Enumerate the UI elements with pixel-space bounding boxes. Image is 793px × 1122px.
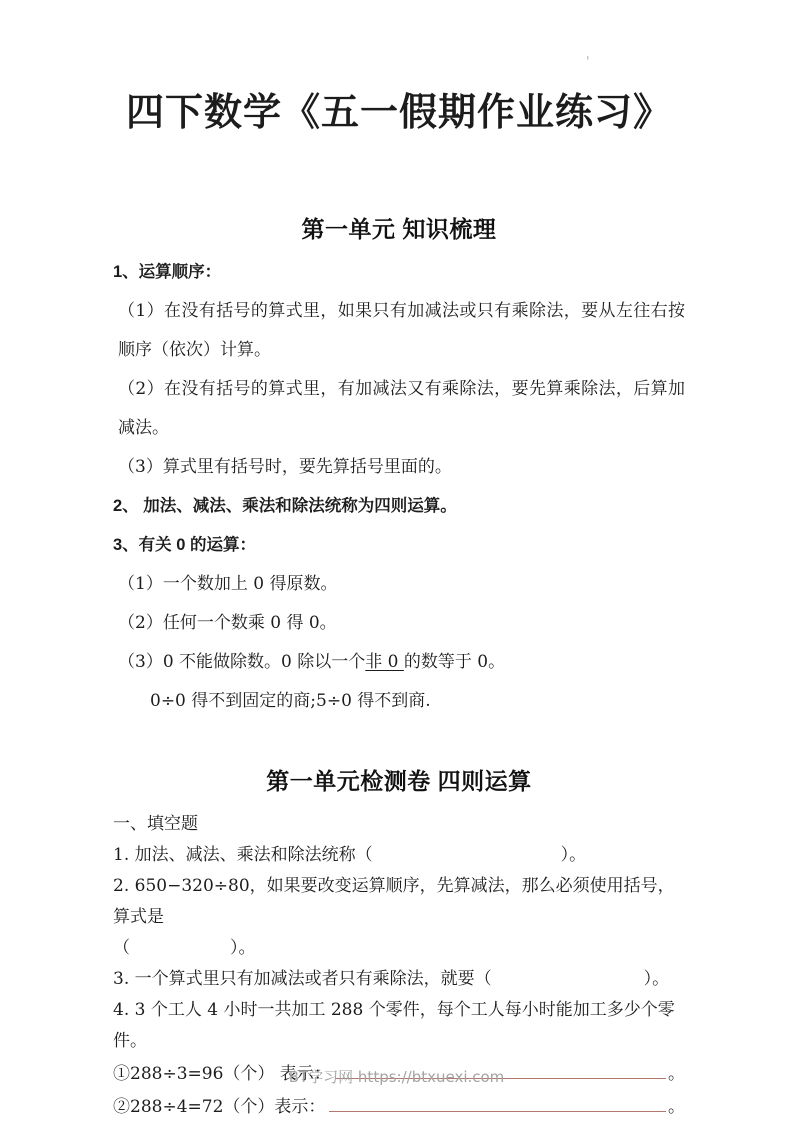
knowledge-item-3-1: （1）一个数加上 0 得原数。 [113,565,685,604]
knowledge-item-3-2: （2）任何一个数乘 0 得 0。 [113,604,685,643]
knowledge-item-3-3: （3）0 不能做除数。0 除以一个非 0 的数等于 0。 [113,643,685,682]
site-watermark: BT学习网 https://btxuexi.com [0,1066,793,1087]
knowledge-item-3: 3、有关 0 的运算： [113,526,685,565]
knowledge-item-1-1: （1）在没有括号的算式里，如果只有加减法或只有乘除法，要从左往右按顺序（依次）计… [113,292,685,370]
knowledge-item-3-note: 0÷0 得不到固定的商;5÷0 得不到商. [113,682,685,721]
fill-in-blanks-label: 一、填空题 [113,809,685,840]
test-section-heading: 第一单元检测卷 四则运算 [113,763,685,796]
question-4-sub2-answer-line [329,1090,666,1112]
question-3-text: 3. 一个算式里只有加减法或者只有乘除法，就要（ [113,969,492,989]
knowledge-item-1-2: （2）在没有括号的算式里，有加减法又有乘除法，要先算乘除法，后算加减法。 [113,370,685,448]
worksheet-page: ' 四下数学《五一假期作业练习》 第一单元 知识梳理 1、运算顺序： （1）在没… [0,0,793,1122]
question-4-sub2-label: ②288÷4=72（个）表示： [113,1092,325,1122]
item-3-3-post: 的数等于 0。 [404,652,505,672]
question-4: 4. 3 个工人 4 小时一共加工 288 个零件，每个工人每小时能加工多少个零… [113,995,685,1057]
question-1: 1. 加法、减法、乘法和除法统称（）。 [113,840,685,871]
question-3-close: ）。 [644,969,670,989]
item-3-3-underlined-term: 非 0 [365,652,404,672]
document-title: 四下数学《五一假期作业练习》 [113,86,685,137]
knowledge-item-1: 1、运算顺序： [113,253,685,292]
item-3-3-pre: （3）0 不能做除数。0 除以一个 [118,652,365,672]
question-2-line1: 2. 650−320÷80，如果要改变运算顺序，先算减法，那么必须使用括号，算式… [113,871,685,933]
knowledge-section-heading: 第一单元 知识梳理 [113,211,685,244]
question-2-close: ）。 [230,938,256,958]
knowledge-item-1-3: （3）算式里有括号时，要先算括号里面的。 [113,448,685,487]
question-2-open: （ [113,938,130,958]
stray-mark: ' [586,55,590,70]
question-3: 3. 一个算式里只有加减法或者只有乘除法，就要（）。 [113,964,685,995]
knowledge-section: 1、运算顺序： （1）在没有括号的算式里，如果只有加减法或只有乘除法，要从左往右… [113,253,685,721]
question-4-sub2: ②288÷4=72（个）表示：。 [113,1090,685,1122]
question-2-line2: （）。 [113,933,685,964]
question-1-text: 1. 加法、减法、乘法和除法统称（ [113,845,373,865]
question-1-close: ）。 [561,845,587,865]
knowledge-item-2: 2、 加法、减法、乘法和除法统称为四则运算。 [113,487,685,526]
question-4-sub2-period: 。 [668,1092,685,1122]
